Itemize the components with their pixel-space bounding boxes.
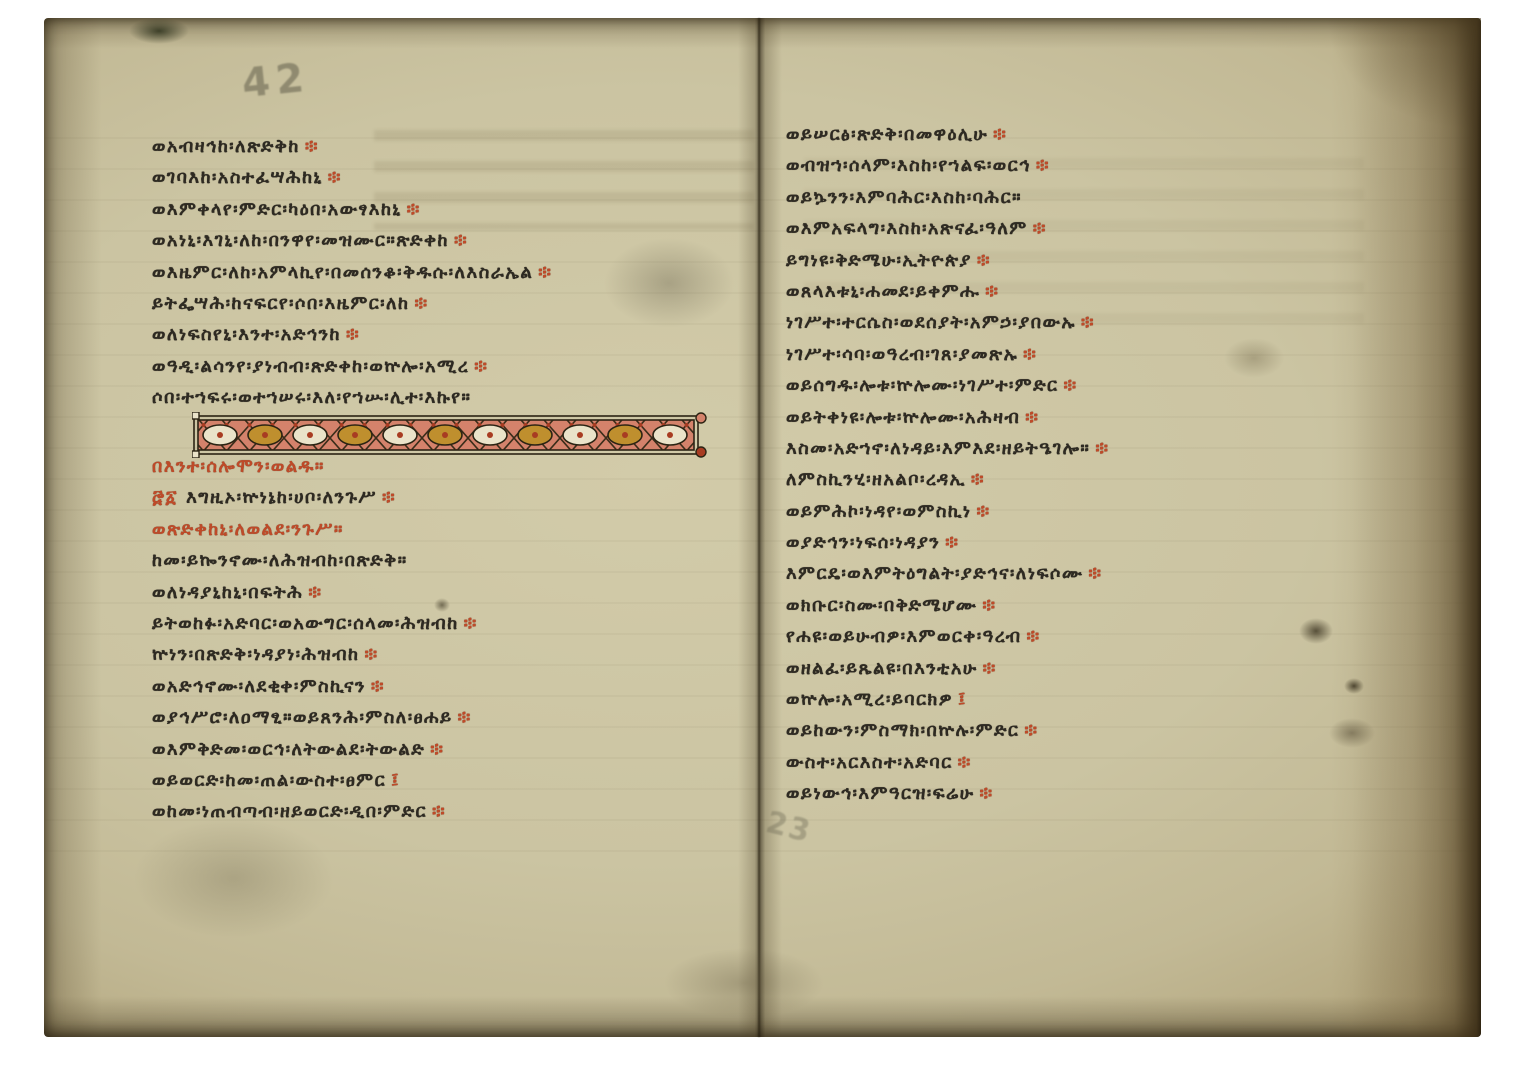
verse-separator-mark: ፨ (1063, 375, 1076, 396)
line-text: ወገባእከ፡አስተፈሣሕከኒ (152, 167, 323, 188)
text-line: ወእምቅድመ፡ወርኅ፡ለትውልደ፡ትውልድ፨ (152, 739, 476, 770)
line-text: ነገሥተ፡ሳባ፡ወዓረብ፡ገጸ፡ያመጽኡ (786, 344, 1018, 365)
text-line: ፸፩እግዚኦ፡ኵነኔከ፡ሀቦ፡ለንጉሥ፨ (152, 487, 476, 518)
text-line: ወአድኅኖሙ፡ለደቂቀ፡ምስኪናን፨ (152, 676, 476, 707)
text-line: ይግነዩ፡ቅድሜሁ፡ኢትዮጵያ፨ (786, 250, 1108, 281)
text-line: ወያኅሥሮ፡ለዐማፂ።ወይጸንሕ፡ምስለ፡ፀሐይ፨ (152, 707, 476, 738)
text-line: ወአብዛኅከ፡ለጽድቅከ፨ (152, 136, 551, 167)
verse-separator-mark: ፨ (407, 199, 420, 220)
verse-separator-mark: ፨ (993, 124, 1006, 145)
verse-separator-mark: ፨ (1025, 407, 1038, 428)
line-text: ወአብዛኅከ፡ለጽድቅከ (152, 136, 300, 157)
text-line: ወይነውኅ፡እምዓርዝ፡ፍሬሁ፨ (786, 783, 1108, 814)
line-text: ወይምሕኮ፡ነዳየ፡ወምስኪነ (786, 501, 972, 522)
stain (129, 18, 189, 44)
verse-separator-mark: ፨ (414, 293, 427, 314)
text-line: ወአነኒ፡እገኒ፡ለከ፡በንዋየ፡መዝሙር።ጽድቀከ፨ (152, 230, 551, 261)
line-text: ወእዜምር፡ለከ፡አምላኪየ፡በመሰንቆ፡ቅዱሱ፡ለእስራኤል (152, 262, 533, 283)
text-line: ለምስኪንሂ፡ዘአልቦ፡ረዳኢ፨ (786, 469, 1108, 500)
text-line: ወጽድቀከኒ፡ለወልደ፡ንጉሥ። (152, 519, 476, 550)
verse-separator-mark: ፨ (464, 613, 477, 634)
top-right-corner-shade (1221, 18, 1481, 218)
line-text: ወይከውን፡ምስማክ፡በኵሉ፡ምድር (786, 720, 1019, 741)
line-text: ወኵሎ፡አሚረ፡ይባርክዎ (786, 689, 953, 710)
text-line: እስመ፡አድኀኖ፡ለነዳይ፡እምእደ፡ዘይትዔገሎ።፨ (786, 438, 1108, 469)
text-line: ወለነዳያኒከኒ፡በፍትሕ፨ (152, 582, 476, 613)
text-line: ይትፌሣሕ፡ከናፍርየ፡ሶበ፡እዜምር፡ለከ፨ (152, 293, 551, 324)
text-line: ወይምሕኮ፡ነዳየ፡ወምስኪነ፨ (786, 501, 1108, 532)
text-line: ወኵሎ፡አሚረ፡ይባርክዎ፤ (786, 689, 1108, 720)
line-text: እግዚኦ፡ኵነኔከ፡ሀቦ፡ለንጉሥ (186, 487, 377, 508)
verse-separator-mark: ፨ (458, 707, 471, 728)
text-line: ወብዝኀ፡ሰላም፡እስከ፡የኀልፍ፡ወርኅ፨ (786, 155, 1108, 186)
verse-separator-mark: ፤ (391, 770, 398, 791)
line-text: ወያኅሥሮ፡ለዐማፂ።ወይጸንሕ፡ምስለ፡ፀሐይ (152, 707, 453, 728)
verse-separator-mark: ፨ (977, 250, 990, 271)
text-line: ወእምአፍላግ፡እስከ፡አጽናፈ፡ዓለም፨ (786, 218, 1108, 249)
text-line: ወዘልፈ፡ይጼልዩ፡በእንቲአሁ፨ (786, 658, 1108, 689)
line-text: በእንተ፡ሰሎሞን፡ወልዱ። (152, 456, 325, 477)
stain (134, 818, 334, 938)
line-text: ወብዝኀ፡ሰላም፡እስከ፡የኀልፍ፡ወርኅ (786, 155, 1031, 176)
line-text: ወይነውኅ፡እምዓርዝ፡ፍሬሁ (786, 783, 975, 804)
text-line: ኵነን፡በጽድቅ፡ነዳያነ፡ሕዝብከ፨ (152, 644, 476, 675)
verse-separator-mark: ፨ (430, 739, 443, 760)
verse-separator-mark: ፨ (328, 167, 341, 188)
open-book: 42 ወአብዛኅከ፡ለጽድቅከ፨ወገባእከ፡አስተፈሣሕከኒ፨ወእምቀላየ፡ምድ… (44, 18, 1481, 1037)
line-text: ኵነን፡በጽድቅ፡ነዳያነ፡ሕዝብከ (152, 644, 359, 665)
verse-separator-mark: ፨ (1081, 312, 1094, 333)
verse-separator-mark: ፨ (364, 644, 377, 665)
psalm-number-rubric: ፸፩ (152, 487, 178, 508)
verse-separator-mark: ፨ (454, 230, 467, 251)
text-line: ወጸላእቱኒ፡ሐመደ፡ይቀምሑ፨ (786, 281, 1108, 312)
text-line: ወያድኅን፡ነፍሰ፡ነዳያን፨ (786, 532, 1108, 563)
line-text: ውስተ፡አርእስተ፡አድባር (786, 752, 953, 773)
text-line: ወለነፍስየኒ፡እንተ፡አድኅንከ፨ (152, 324, 551, 355)
verse-separator-mark: ፨ (371, 676, 384, 697)
verse-separator-mark: ፨ (1024, 720, 1037, 741)
stain (1224, 338, 1284, 378)
line-text: ወእምቅድመ፡ወርኅ፡ለትውልደ፡ትውልድ (152, 739, 425, 760)
text-line: ወእምቀላየ፡ምድር፡ካዕበ፡አውፃእከኒ፨ (152, 199, 551, 230)
line-text: ወጽድቀከኒ፡ለወልደ፡ንጉሥ። (152, 519, 344, 540)
text-line: ከመ፡ይኰንኖሙ፡ለሕዝብከ፡በጽድቅ። (152, 550, 476, 581)
right-page-fore-edge (1331, 18, 1481, 1037)
gutter-shadow (758, 18, 760, 1037)
verse-separator-mark: ፨ (971, 469, 984, 490)
text-line: ወከመ፡ነጠብጣብ፡ዘይወርድ፡ዲበ፡ምድር፨ (152, 801, 476, 832)
text-line: ወይትቀነዩ፡ሎቱ፡ኵሎሙ፡አሕዛብ፨ (786, 407, 1108, 438)
right-text: ወይሠርፅ፡ጽድቅ፡በመዋዕሊሁ፨ወብዝኀ፡ሰላም፡እስከ፡የኀልፍ፡ወርኅ፨ወ… (786, 124, 1108, 815)
line-text: ወዓዲ፡ልሳንየ፡ያነብብ፡ጽድቀከ፡ወኵሎ፡አሚረ (152, 356, 469, 377)
text-line: ወይከውን፡ምስማክ፡በኵሉ፡ምድር፨ (786, 720, 1108, 751)
verse-separator-mark: ፨ (382, 487, 395, 508)
verse-separator-mark: ፨ (1033, 218, 1046, 239)
book-gutter (738, 18, 782, 1037)
line-text: ወይሰግዱ፡ሎቱ፡ኵሎሙ፡ነገሥተ፡ምድር (786, 375, 1058, 396)
stain (1299, 618, 1333, 644)
verse-separator-mark: ፨ (958, 752, 971, 773)
text-line: ይትወከፉ፡አድባር፡ወአውግር፡ሰላመ፡ሕዝብከ፨ (152, 613, 476, 644)
verse-separator-mark: ፨ (346, 324, 359, 345)
line-text: ወይትቀነዩ፡ሎቱ፡ኵሎሙ፡አሕዛብ (786, 407, 1020, 428)
verse-separator-mark: ፨ (1027, 626, 1040, 647)
line-text: ይትፌሣሕ፡ከናፍርየ፡ሶበ፡እዜምር፡ለከ (152, 293, 409, 314)
text-line: ወዓዲ፡ልሳንየ፡ያነብብ፡ጽድቀከ፡ወኵሎ፡አሚረ፨ (152, 356, 551, 387)
line-text: ወክቡር፡ስሙ፡በቅድሜሆሙ (786, 595, 977, 616)
line-text: ወጸላእቱኒ፡ሐመደ፡ይቀምሑ (786, 281, 980, 302)
verse-separator-mark: ፨ (308, 582, 321, 603)
stain (604, 238, 734, 328)
verse-separator-mark: ፨ (1036, 155, 1049, 176)
line-text: ወለነፍስየኒ፡እንተ፡አድኅንከ (152, 324, 341, 345)
line-text: ወዘልፈ፡ይጼልዩ፡በእንቲአሁ (786, 658, 978, 679)
line-text: ወያድኅን፡ነፍሰ፡ነዳያን (786, 532, 940, 553)
stain (1344, 678, 1364, 694)
line-text: እምርዴ፡ወእምትዕግልት፡ያድኅና፡ለነፍሶሙ (786, 563, 1083, 584)
line-text: ከመ፡ይኰንኖሙ፡ለሕዝብከ፡በጽድቅ። (152, 550, 408, 571)
verse-separator-mark: ፨ (1023, 344, 1036, 365)
line-text: ወይወርድ፡ከመ፡ጠል፡ውስተ፡ፀምር (152, 770, 386, 791)
stain (1329, 718, 1375, 748)
line-text: ወለነዳያኒከኒ፡በፍትሕ (152, 582, 303, 603)
line-text: ለምስኪንሂ፡ዘአልቦ፡ረዳኢ (786, 469, 966, 490)
verse-separator-mark: ፨ (305, 136, 318, 157)
line-text: ይግነዩ፡ቅድሜሁ፡ኢትዮጵያ (786, 250, 972, 271)
verse-separator-mark: ፨ (1088, 563, 1101, 584)
verse-separator-mark: ፨ (982, 595, 995, 616)
line-text: ወአድኅኖሙ፡ለደቂቀ፡ምስኪናን (152, 676, 366, 697)
text-line: ወይሠርፅ፡ጽድቅ፡በመዋዕሊሁ፨ (786, 124, 1108, 155)
text-line: ወገባእከ፡አስተፈሣሕከኒ፨ (152, 167, 551, 198)
verse-separator-mark: ፨ (977, 501, 990, 522)
line-text: ይትወከፉ፡አድባር፡ወአውግር፡ሰላመ፡ሕዝብከ (152, 613, 459, 634)
verse-separator-mark: ፨ (1095, 438, 1108, 459)
line-text: ወእምቀላየ፡ምድር፡ካዕበ፡አውፃእከኒ (152, 199, 402, 220)
text-line: ወክቡር፡ስሙ፡በቅድሜሆሙ፨ (786, 595, 1108, 626)
text-line: እምርዴ፡ወእምትዕግልት፡ያድኅና፡ለነፍሶሙ፨ (786, 563, 1108, 594)
verse-separator-mark: ፨ (945, 532, 958, 553)
text-line: ነገሥተ፡ሳባ፡ወዓረብ፡ገጸ፡ያመጽኡ፨ (786, 344, 1108, 375)
verse-separator-mark: ፨ (538, 262, 551, 283)
line-text: የሐዩ፡ወይሁብዎ፡እምወርቀ፡ዓረብ (786, 626, 1022, 647)
ornamental-band (192, 412, 708, 462)
text-line: ወእዜምር፡ለከ፡አምላኪየ፡በመሰንቆ፡ቅዱሱ፡ለእስራኤል፨ (152, 262, 551, 293)
folio-number-pencil: 42 (240, 55, 312, 108)
left-upper-text: ወአብዛኅከ፡ለጽድቅከ፨ወገባእከ፡አስተፈሣሕከኒ፨ወእምቀላየ፡ምድር፡ካ… (152, 136, 551, 419)
verse-separator-mark: ፨ (983, 658, 996, 679)
verse-separator-mark: ፨ (980, 783, 993, 804)
text-line: ወይወርድ፡ከመ፡ጠል፡ውስተ፡ፀምር፤ (152, 770, 476, 801)
text-line: የሐዩ፡ወይሁብዎ፡እምወርቀ፡ዓረብ፨ (786, 626, 1108, 657)
text-line: ውስተ፡አርእስተ፡አድባር፨ (786, 752, 1108, 783)
line-text: ነገሥተ፡ተርሴስ፡ወደሰያት፡አምኃ፡ያበውኡ (786, 312, 1076, 333)
line-text: ሶበ፡ተኀፍሩ፡ወተኀሠሩ፡እለ፡የኀሡ፡ሊተ፡እኩየ። (152, 387, 471, 408)
left-lower-text: በእንተ፡ሰሎሞን፡ወልዱ።፸፩እግዚኦ፡ኵነኔከ፡ሀቦ፡ለንጉሥ፨ወጽድቀከኒ… (152, 456, 476, 833)
verse-separator-mark: ፨ (474, 356, 487, 377)
line-text: ወይሠርፅ፡ጽድቅ፡በመዋዕሊሁ (786, 124, 988, 145)
text-line: ወይሰግዱ፡ሎቱ፡ኵሎሙ፡ነገሥተ፡ምድር፨ (786, 375, 1108, 406)
line-text: እስመ፡አድኀኖ፡ለነዳይ፡እምእደ፡ዘይትዔገሎ። (786, 438, 1090, 459)
text-line: በእንተ፡ሰሎሞን፡ወልዱ። (152, 456, 476, 487)
verse-separator-mark: ፨ (985, 281, 998, 302)
text-line: ወይኴንን፡እምባሕር፡እስከ፡ባሕር። (786, 187, 1108, 218)
line-text: ወእምአፍላግ፡እስከ፡አጽናፈ፡ዓለም (786, 218, 1028, 239)
line-text: ወአነኒ፡እገኒ፡ለከ፡በንዋየ፡መዝሙር።ጽድቀከ (152, 230, 449, 251)
stain (664, 948, 824, 1018)
text-line: ነገሥተ፡ተርሴስ፡ወደሰያት፡አምኃ፡ያበውኡ፨ (786, 312, 1108, 343)
verse-separator-mark: ፤ (958, 689, 965, 710)
manuscript-photo: 42 ወአብዛኅከ፡ለጽድቅከ፨ወገባእከ፡አስተፈሣሕከኒ፨ወእምቀላየ፡ምድ… (0, 0, 1515, 1071)
line-text: ወከመ፡ነጠብጣብ፡ዘይወርድ፡ዲበ፡ምድር (152, 801, 427, 822)
verse-separator-mark: ፨ (432, 801, 445, 822)
line-text: ወይኴንን፡እምባሕር፡እስከ፡ባሕር። (786, 187, 1022, 208)
